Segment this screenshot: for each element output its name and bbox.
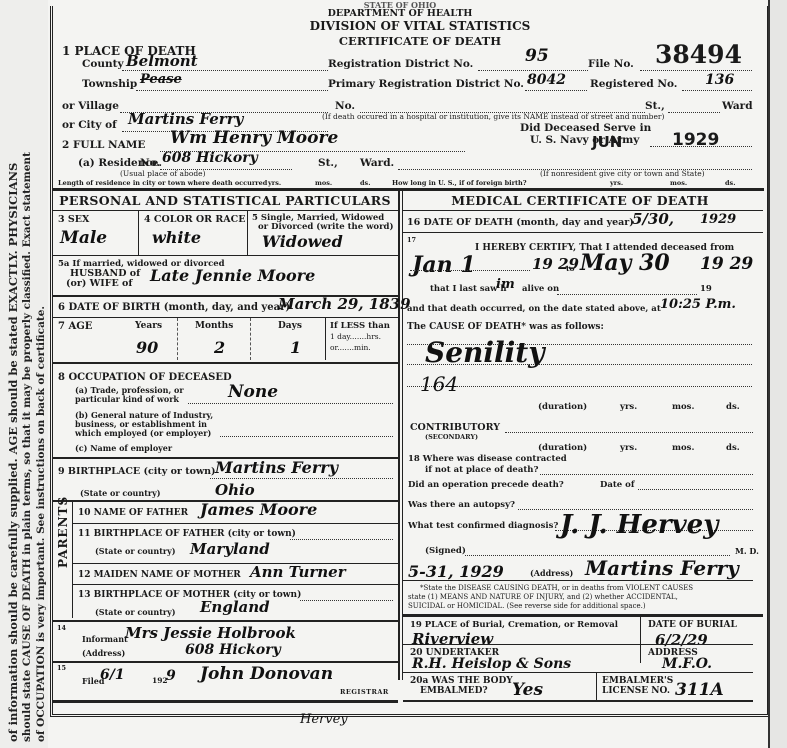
- received-stamp-year: 1929: [672, 130, 719, 150]
- age-days-value: 1: [290, 338, 301, 357]
- age-days-label: Days: [278, 321, 302, 331]
- alive-year-label: 19: [700, 284, 712, 294]
- received-stamp-month: JUN: [592, 133, 622, 151]
- residence-st-label: St.,: [318, 157, 338, 169]
- footnote-line-3: SUICIDAL or HOMICIDAL. (See reverse side…: [408, 602, 646, 610]
- village-st-label: St.,: [645, 100, 665, 112]
- operation-label: Did an operation precede death?: [408, 480, 564, 490]
- cause-code: 164: [420, 372, 458, 396]
- autopsy-label: Was there an autopsy?: [408, 500, 515, 510]
- race-label: 4 COLOR OR RACE: [144, 214, 245, 225]
- contributory-label: CONTRIBUTORY: [410, 422, 500, 433]
- mother-name-value: Ann Turner: [250, 563, 346, 581]
- registrar-signature: John Donovan: [200, 664, 333, 684]
- item-17-number: 17: [407, 236, 416, 244]
- registered-no-value: 136: [705, 72, 734, 88]
- footnote-line-2: state (1) MEANS AND NATURE OF INJURY, an…: [408, 593, 678, 601]
- informant-label: Informant: [82, 634, 128, 644]
- alive-on-label: alive on: [522, 284, 559, 294]
- undertaker-address-value: M.F.O.: [662, 656, 712, 672]
- sex-label: 3 SEX: [58, 214, 89, 225]
- medical-section-title: MEDICAL CERTIFICATE OF DEATH: [405, 193, 755, 208]
- file-no-label: File No.: [588, 58, 634, 70]
- column-divider: [398, 190, 400, 680]
- mother-state-value: England: [200, 598, 270, 616]
- instruction-line-2: should state CAUSE OF DEATH in plain ter…: [21, 152, 33, 742]
- less-than-label-3: or.......min.: [330, 343, 371, 352]
- full-name-value: Wm Henry Moore: [170, 128, 338, 148]
- death-occurred-label: and that death occurred, on the date sta…: [407, 304, 661, 314]
- primary-ds-label: ds.: [726, 402, 740, 412]
- navy-label-1: Did Deceased Serve in: [520, 122, 651, 134]
- residence-no-label: No.: [140, 157, 160, 169]
- county-label: County: [82, 58, 124, 70]
- less-than-label-1: If LESS than: [330, 321, 390, 331]
- us-residence-label: How long in U. S., if of foreign birth?: [392, 179, 527, 187]
- length-mos-label: mos.: [315, 179, 332, 187]
- burial-place-value: Riverview: [412, 630, 493, 648]
- department-heading: DEPARTMENT OF HEALTH: [300, 8, 500, 19]
- age-label: 7 AGE: [58, 321, 92, 332]
- marital-label-2: or Divorced (write the word): [258, 222, 394, 232]
- below-note: Hervey: [300, 712, 348, 727]
- informant-address-label: (Address): [82, 648, 125, 658]
- cause-of-death-label: The CAUSE OF DEATH* was as follows:: [407, 322, 604, 332]
- spouse-label-3: (or) WIFE of: [66, 278, 132, 289]
- sex-value: Male: [60, 228, 107, 248]
- date-of-death-label: 16 DATE OF DEATH (month, day and year): [407, 217, 634, 228]
- last-saw-value: im: [496, 277, 515, 292]
- operation-date-label: Date of: [600, 480, 635, 490]
- birthplace-value: Martins Ferry: [215, 458, 338, 477]
- informant-number: 14: [57, 624, 66, 632]
- filed-number: 15: [57, 664, 66, 672]
- age-years-value: 90: [136, 338, 158, 357]
- mother-name-label: 12 MAIDEN NAME OF MOTHER: [78, 570, 241, 580]
- q18-label-2: if not at place of death?: [425, 465, 538, 475]
- license-label-1: EMBALMER'S: [602, 676, 673, 686]
- father-name-label: 10 NAME OF FATHER: [78, 508, 188, 518]
- primary-reg-value: 8042: [527, 72, 566, 88]
- village-ward-label: Ward: [722, 100, 753, 112]
- father-state-value: Maryland: [190, 540, 270, 558]
- attended-to-year: 19 29: [700, 254, 753, 274]
- county-value: Belmont: [126, 52, 198, 70]
- age-months-label: Months: [195, 321, 233, 331]
- nonresident-note: (If nonresident give city or town and St…: [540, 169, 705, 178]
- contributory-ds-label: ds.: [726, 443, 740, 453]
- undertaker-value: R.H. Heislop & Sons: [412, 656, 571, 672]
- village-label: or Village: [62, 100, 119, 112]
- primary-reg-label: Primary Registration District No.: [328, 78, 524, 90]
- instructions-sidebar: of information should be carefully suppl…: [0, 0, 48, 748]
- date-of-death-year: 1929: [700, 212, 736, 227]
- md-label: M. D.: [735, 546, 759, 556]
- contributory-mos-label: mos.: [672, 443, 694, 453]
- father-name-value: James Moore: [200, 500, 317, 519]
- physician-address-label: (Address): [530, 568, 573, 578]
- marital-status-value: Widowed: [262, 232, 343, 251]
- spouse-value: Late Jennie Moore: [150, 266, 315, 285]
- license-value: 311A: [675, 680, 724, 700]
- certificate-heading: CERTIFICATE OF DEATH: [300, 34, 540, 48]
- residence-value: 608 Hickory: [162, 150, 258, 166]
- length-yrs-label: yrs.: [268, 179, 281, 187]
- contributory-yrs-label: yrs.: [620, 443, 637, 453]
- race-value: white: [152, 228, 201, 247]
- city-label: or City of: [62, 119, 117, 131]
- age-months-value: 2: [214, 338, 225, 357]
- father-birthplace-label: 11 BIRTHPLACE OF FATHER (city or town): [78, 529, 296, 539]
- signed-label: (Signed): [425, 546, 466, 556]
- township-value: Pease: [140, 72, 182, 87]
- residence-ward-label: Ward.: [360, 157, 394, 169]
- navy-label-2: U. S. Navy or Army: [530, 134, 639, 146]
- page-edge: [768, 0, 787, 748]
- us-yrs-label: yrs.: [610, 179, 623, 187]
- primary-duration-label: (duration): [538, 402, 587, 412]
- embalmed-label-2: EMBALMED?: [420, 686, 488, 696]
- occupation-a-label-2: particular kind of work: [75, 394, 179, 404]
- reg-district-label: Registration District No.: [328, 58, 473, 70]
- q18-label-1: 18 Where was disease contracted: [408, 454, 567, 464]
- occupation-b-label-3: which employed (or employer): [75, 428, 211, 438]
- contributory-duration-label: (duration): [538, 443, 587, 453]
- primary-mos-label: mos.: [672, 402, 694, 412]
- time-of-death-value: 10:25 P.m.: [660, 297, 736, 312]
- attended-from-value: Jan 1: [412, 252, 476, 278]
- us-ds-label: ds.: [725, 179, 735, 187]
- birthplace-state-value: Ohio: [215, 481, 255, 499]
- registered-no-label: Registered No.: [590, 78, 677, 90]
- test-label: What test confirmed diagnosis?: [408, 521, 558, 531]
- parents-side-label: PARENTS: [56, 496, 70, 568]
- attended-to-value: May 30: [580, 250, 670, 276]
- division-heading: DIVISION OF VITAL STATISTICS: [290, 19, 550, 33]
- village-no-label: No.: [335, 100, 355, 112]
- dob-label: 6 DATE OF BIRTH (month, day, and year): [58, 302, 290, 313]
- occupation-c-label: (c) Name of employer: [75, 443, 172, 453]
- length-residence-label: Length of residence in city or town wher…: [58, 179, 267, 187]
- reg-district-value: 95: [525, 46, 549, 66]
- filed-year-suffix: 9: [166, 668, 176, 684]
- age-years-label: Years: [135, 321, 162, 331]
- occupation-label: 8 OCCUPATION OF DECEASED: [58, 372, 232, 383]
- cause-of-death-value: Senility: [425, 336, 545, 369]
- burial-place-label: 19 PLACE of Burial, Cremation, or Remova…: [410, 620, 618, 630]
- secondary-label: (SECONDARY): [425, 433, 478, 441]
- date-of-death-value: 5/30,: [632, 210, 674, 228]
- birthplace-state-label: (State or country): [80, 488, 161, 498]
- primary-yrs-label: yrs.: [620, 402, 637, 412]
- dob-value: March 29, 1839: [278, 295, 411, 313]
- file-number: 38494: [655, 40, 742, 69]
- mother-state-label: (State or country): [95, 607, 176, 617]
- signed-date-value: 5-31, 1929: [408, 562, 504, 581]
- father-state-label: (State or country): [95, 546, 176, 556]
- footnote-line-1: *State the DISEASE CAUSING DEATH, or in …: [420, 584, 693, 592]
- instruction-line-3: of OCCUPATION is very important. See ins…: [35, 306, 47, 742]
- physician-signature: J. J. Hervey: [560, 510, 718, 540]
- less-than-label-2: 1 day.......hrs.: [330, 332, 381, 341]
- filed-date-value: 6/1: [100, 667, 125, 683]
- us-mos-label: mos.: [670, 179, 687, 187]
- abode-note: (Usual place of abode): [120, 169, 206, 178]
- physician-address-value: Martins Ferry: [585, 556, 739, 580]
- embalmed-label-1: 20a WAS THE BODY: [410, 676, 513, 686]
- city-value: Martins Ferry: [128, 110, 243, 128]
- license-label-2: LICENSE NO.: [602, 686, 670, 696]
- attended-to-label: to: [566, 264, 574, 273]
- occupation-a-value: None: [228, 382, 278, 402]
- informant-address-value: 608 Hickory: [185, 642, 281, 658]
- birthplace-label: 9 BIRTHPLACE (city or town): [58, 466, 216, 477]
- burial-date-value: 6/2/29: [655, 631, 708, 649]
- registrar-label: REGISTRAR: [340, 688, 389, 696]
- township-label: Township: [82, 78, 137, 90]
- burial-date-label: DATE OF BURIAL: [648, 620, 737, 630]
- hospital-note: (If death occured in a hospital or insti…: [322, 112, 664, 121]
- informant-value: Mrs Jessie Holbrook: [125, 624, 296, 642]
- instruction-line-1: of information should be carefully suppl…: [6, 163, 20, 742]
- embalmed-value: Yes: [512, 680, 543, 700]
- length-ds-label: ds.: [360, 179, 370, 187]
- full-name-label: 2 FULL NAME: [62, 139, 145, 151]
- personal-section-title: PERSONAL AND STATISTICAL PARTICULARS: [55, 193, 395, 208]
